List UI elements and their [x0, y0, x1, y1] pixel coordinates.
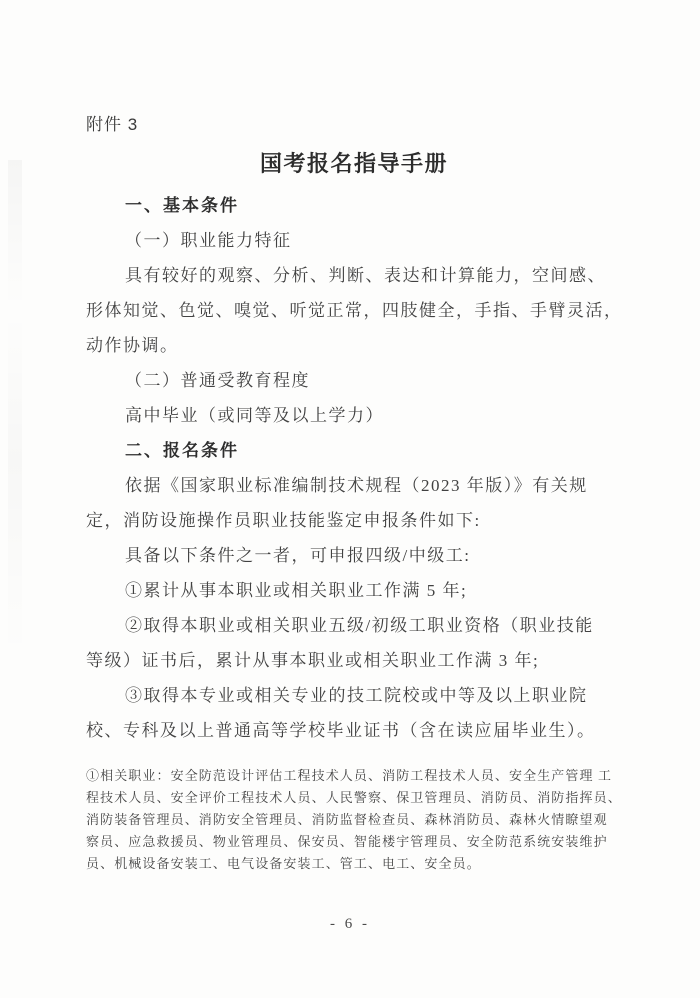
paragraph-education: 高中毕业（或同等及以上学力）	[86, 398, 622, 433]
subsection-heading-education: （二）普通受教育程度	[86, 363, 622, 398]
paragraph-ability-line: 形体知觉、色觉、嗅觉、听觉正常，四肢健全，手指、手臂灵活，	[86, 293, 622, 328]
condition-item-1: ①累计从事本职业或相关职业工作满 5 年;	[86, 573, 622, 608]
footnote-line: 程技术人员、安全评价工程技术人员、人民警察、保卫管理员、消防员、消防指挥员、	[86, 787, 622, 809]
footnote-related-occupations: ①相关职业：安全防范设计评估工程技术人员、消防工程技术人员、安全生产管理 工 程…	[86, 765, 622, 875]
paragraph-ability-line: 具有较好的观察、分析、判断、表达和计算能力，空间感、	[86, 258, 622, 293]
paragraph-ability-line: 动作协调。	[86, 328, 622, 363]
attachment-label: 附件 3	[86, 112, 622, 138]
section-heading-basic-conditions: 一、基本条件	[86, 188, 622, 223]
footnote-line: ①相关职业：安全防范设计评估工程技术人员、消防工程技术人员、安全生产管理 工	[86, 765, 622, 787]
condition-item-3-line: ③取得本专业或相关专业的技工院校或中等及以上职业院	[86, 678, 622, 713]
subsection-heading-ability: （一）职业能力特征	[86, 223, 622, 258]
document-title: 国考报名指导手册	[86, 148, 622, 180]
section-heading-application-conditions: 二、报名条件	[86, 433, 622, 468]
footnote-line: 消防装备管理员、消防安全管理员、消防监督检查员、森林消防员、森林火情瞭望观	[86, 809, 622, 831]
document-content: 附件 3 国考报名指导手册 一、基本条件 （一）职业能力特征 具有较好的观察、分…	[0, 0, 700, 875]
footnote-line: 察员、应急救援员、物业管理员、保安员、智能楼宇管理员、安全防范系统安装维护	[86, 831, 622, 853]
footnote-line: 员、机械设备安装工、电气设备安装工、管工、电工、安全员。	[86, 853, 622, 875]
condition-item-2-line: ②取得本职业或相关职业五级/初级工职业资格（职业技能	[86, 608, 622, 643]
condition-item-2-line: 等级）证书后，累计从事本职业或相关职业工作满 3 年;	[86, 643, 622, 678]
condition-item-3-line: 校、专科及以上普通高等学校毕业证书（含在读应届毕业生）。	[86, 713, 622, 748]
document-body: 一、基本条件 （一）职业能力特征 具有较好的观察、分析、判断、表达和计算能力，空…	[86, 188, 622, 748]
paragraph-basis-line: 依据《国家职业标准编制技术规程（2023 年版）》有关规	[86, 468, 622, 503]
paragraph-basis-line: 定，消防设施操作员职业技能鉴定申报条件如下:	[86, 503, 622, 538]
page-number: - 6 -	[0, 916, 700, 933]
paragraph-intro: 具备以下条件之一者，可申报四级/中级工:	[86, 538, 622, 573]
document-page: 附件 3 国考报名指导手册 一、基本条件 （一）职业能力特征 具有较好的观察、分…	[0, 0, 700, 998]
